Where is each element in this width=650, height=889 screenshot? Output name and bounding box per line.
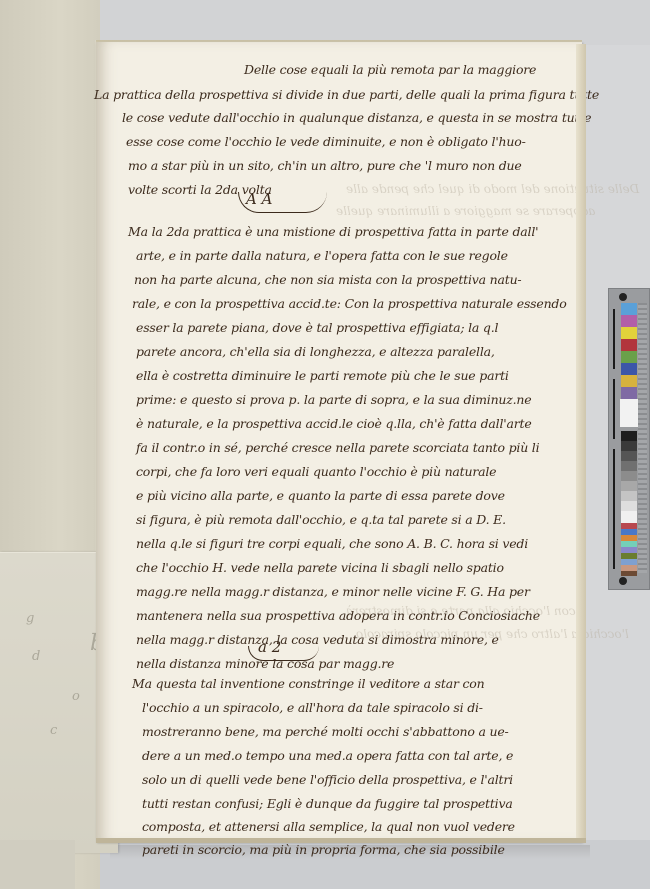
swatch-top-3 xyxy=(621,339,637,351)
manuscript-line: mantenera nella sua prospettiva adopera … xyxy=(136,608,540,623)
manuscript-line: Ma questa tal inventione constringe il v… xyxy=(132,676,485,691)
strip-fine-text xyxy=(638,303,647,573)
manuscript-line: e più vicino alla parte, e quanto la par… xyxy=(136,488,505,503)
manuscript-line: nella magg.r distanza, la cosa veduta si… xyxy=(136,632,499,647)
strip-bar xyxy=(613,309,615,369)
manuscript-heading: Delle cose equali la più remota par la m… xyxy=(244,62,536,77)
manuscript-line: Ma la 2da prattica è una mistione di pro… xyxy=(128,224,538,239)
manuscript-line: l'occhio a un spiracolo, e all'hora da t… xyxy=(142,700,483,715)
manuscript-line: magg.re nella magg.r distanza, e minor n… xyxy=(136,584,530,599)
manuscript-page: Delle situatione del modo di quel che pe… xyxy=(96,42,582,842)
strip-label xyxy=(620,399,640,427)
manuscript-line: dere a un med.o tempo una med.a opera fa… xyxy=(142,748,513,763)
manuscript-line: esse cose come l'occhio le vede diminuit… xyxy=(126,134,526,149)
show-through-text: Delle situatione del modo di quel che pe… xyxy=(346,182,639,196)
strip-bar xyxy=(613,379,615,439)
marker-flourish xyxy=(248,646,319,661)
show-through-text: adoperare se maggiore a illuminare quell… xyxy=(336,204,595,218)
swatch-top-4 xyxy=(621,351,637,363)
manuscript-line: fa il contr.o in sé, perché cresce nella… xyxy=(136,440,539,455)
page-bottom-edge xyxy=(96,838,586,843)
manuscript-line: mostreranno bene, ma perché molti occhi … xyxy=(142,724,509,739)
swatch-top-6 xyxy=(621,375,637,387)
manuscript-line: pareti in scorcio, ma più in propria for… xyxy=(142,842,505,857)
manuscript-line: ella è costretta diminuire le parti remo… xyxy=(136,368,509,383)
page-right-edge xyxy=(576,44,586,842)
manuscript-line: solo un di quelli vede bene l'officio de… xyxy=(142,772,513,787)
gray-8 xyxy=(621,511,637,523)
folded-insert-edge xyxy=(0,840,75,889)
manuscript-line: arte, e in parte dalla natura, e l'opera… xyxy=(136,248,508,263)
manuscript-line: rale, e con la prospettiva accid.te: Con… xyxy=(132,296,567,311)
swatch-top-7 xyxy=(621,387,637,399)
swatch-bottom-8 xyxy=(621,571,637,576)
strip-hole-icon xyxy=(619,577,627,585)
manuscript-line: composta, et attenersi alla semplice, la… xyxy=(142,819,515,834)
manuscript-line: si figura, è più remota dall'occhio, e q… xyxy=(136,512,506,527)
swatch-top-1 xyxy=(621,315,637,327)
manuscript-line: corpi, che fa loro veri equali quanto l'… xyxy=(136,464,496,479)
marker-flourish xyxy=(238,192,327,213)
strip-hole-icon xyxy=(619,293,627,301)
manuscript-line: non ha parte alcuna, che non sia mista c… xyxy=(134,272,521,287)
manuscript-line: mo a star più in un sito, ch'in un altro… xyxy=(128,158,522,173)
manuscript-line: nella q.le si figuri tre corpi equali, c… xyxy=(136,536,528,551)
manuscript-line: La prattica della prospettiva si divide … xyxy=(94,87,599,102)
manuscript-line: esser la parete piana, dove è tal prospe… xyxy=(136,320,498,335)
swatch-top-5 xyxy=(621,363,637,375)
manuscript-line: parete ancora, ch'ella sia di longhezza,… xyxy=(136,344,495,359)
color-calibration-strip xyxy=(608,288,650,590)
faint-letter: o xyxy=(72,689,80,704)
swatch-top-2 xyxy=(621,327,637,339)
swatch-top-0 xyxy=(621,303,637,315)
manuscript-line: prime: e questo si prova p. la parte di … xyxy=(136,392,531,407)
manuscript-line: tutti restan confusi; Egli è dunque da f… xyxy=(142,796,513,811)
strip-bar xyxy=(613,449,615,569)
faint-letter: g xyxy=(26,611,34,626)
manuscript-line: le cose vedute dall'occhio in qualunque … xyxy=(122,110,591,125)
faint-letter: c xyxy=(50,723,57,738)
manuscript-line: che l'occhio H. vede nella parete vicina… xyxy=(136,560,504,575)
manuscript-line: è naturale, e la prospettiva accid.le ci… xyxy=(136,416,532,431)
faint-letter: d xyxy=(32,649,40,664)
